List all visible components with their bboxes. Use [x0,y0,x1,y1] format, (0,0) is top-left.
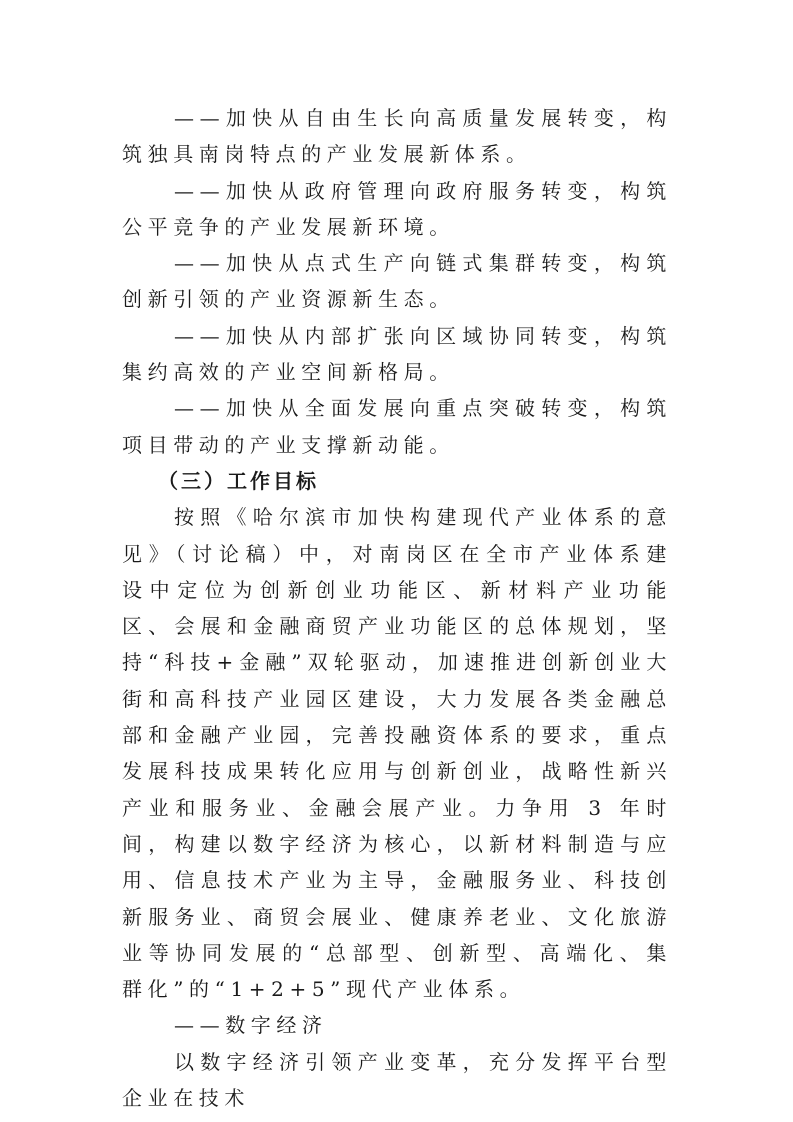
goal-item-regional-synergy: ——加快从内部扩张向区域协同转变，构筑集约高效的产业空间新格局。 [122,318,672,391]
goal-item-key-breakthrough: ——加快从全面发展向重点突破转变，构筑项目带动的产业支撑新动能。 [122,390,672,463]
body-paragraph-work-goals: 按照《哈尔滨市加快构建现代产业体系的意见》（讨论稿）中，对南岗区在全市产业体系建… [122,499,672,1007]
subheading-digital-economy: ——数字经济 [122,1007,672,1043]
goal-item-high-quality: ——加快从自由生长向高质量发展转变，构筑独具南岗特点的产业发展新体系。 [122,100,672,173]
goal-item-government-service: ——加快从政府管理向政府服务转变，构筑公平竞争的产业发展新环境。 [122,173,672,246]
section-heading-work-goals: （三）工作目标 [122,463,672,499]
goal-item-chain-cluster: ——加快从点式生产向链式集群转变，构筑创新引领的产业资源新生态。 [122,245,672,318]
document-page: ——加快从自由生长向高质量发展转变，构筑独具南岗特点的产业发展新体系。 ——加快… [122,100,672,1116]
body-paragraph-digital-economy: 以数字经济引领产业变革，充分发挥平台型企业在技术 [122,1044,672,1117]
